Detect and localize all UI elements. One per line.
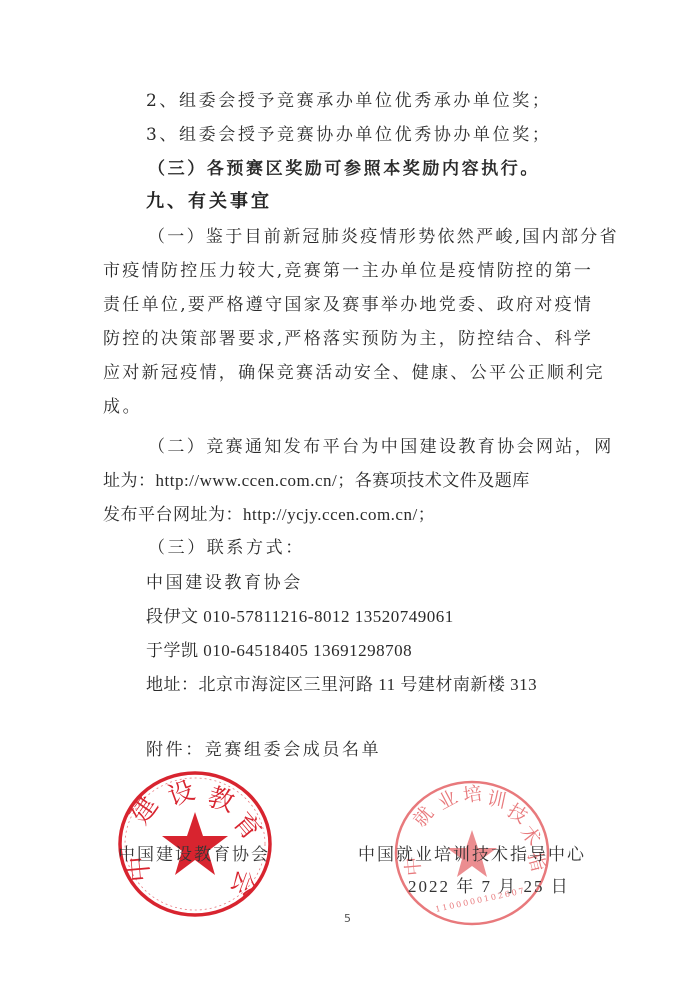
- para1-line: 成。: [103, 392, 142, 417]
- award-item-3: 3、组委会授予竞赛协办单位优秀协办单位奖；: [146, 120, 551, 145]
- svg-text:培: 培: [462, 783, 484, 807]
- signature-right-org: 中国就业培训技术指导中心: [358, 840, 586, 865]
- signature-left-org: 中国建设教育协会: [118, 840, 270, 865]
- svg-text:会: 会: [224, 865, 261, 900]
- page-number: 5: [344, 912, 351, 925]
- attachment-note: 附件：竞赛组委会成员名单: [146, 735, 381, 760]
- para2-line: （二）竞赛通知发布平台为中国建设教育协会网站，网: [148, 432, 614, 457]
- award-item-2: 2、组委会授予竞赛承办单位优秀承办单位奖；: [146, 86, 551, 111]
- svg-text:训: 训: [485, 787, 508, 812]
- section-heading: 九、有关事宜: [146, 187, 272, 213]
- svg-text:教: 教: [204, 782, 238, 819]
- para1-line: 应对新冠疫情，确保竞赛活动安全、健康、公平公正顺利完: [103, 358, 605, 383]
- para1-line: 防控的决策部署要求,严格落实预防为主，防控结合、科学: [103, 324, 593, 349]
- contact-address: 地址：北京市海淀区三里河路 11 号建材南新楼 313: [146, 670, 537, 695]
- para1-line: 责任单位,要严格遵守国家及赛事举办地党委、政府对疫情: [103, 290, 593, 315]
- contact-org: 中国建设教育协会: [146, 568, 303, 593]
- para1-line: （一）鉴于目前新冠肺炎疫情形势依然严峻,国内部分省: [148, 222, 619, 247]
- svg-text:设: 设: [164, 775, 199, 812]
- regional-awards: （三）各预赛区奖励可参照本奖励内容执行。: [148, 154, 540, 179]
- contact-person-2: 于学凯 010-64518405 13691298708: [146, 636, 412, 661]
- signature-date: 2022 年 7 月 25 日: [408, 872, 570, 897]
- svg-text:建: 建: [125, 791, 164, 830]
- contact-person-1: 段伊文 010-57811216-8012 13520749061: [146, 602, 454, 627]
- contact-title: （三）联系方式：: [148, 533, 305, 558]
- para2-line: 址为：http://www.ccen.com.cn/；各赛项技术文件及题库: [103, 466, 530, 491]
- para1-line: 市疫情防控压力较大,竞赛第一主办单位是疫情防控的第一: [103, 256, 593, 281]
- para2-line: 发布平台网址为：http://ycjy.ccen.com.cn/；: [103, 500, 435, 525]
